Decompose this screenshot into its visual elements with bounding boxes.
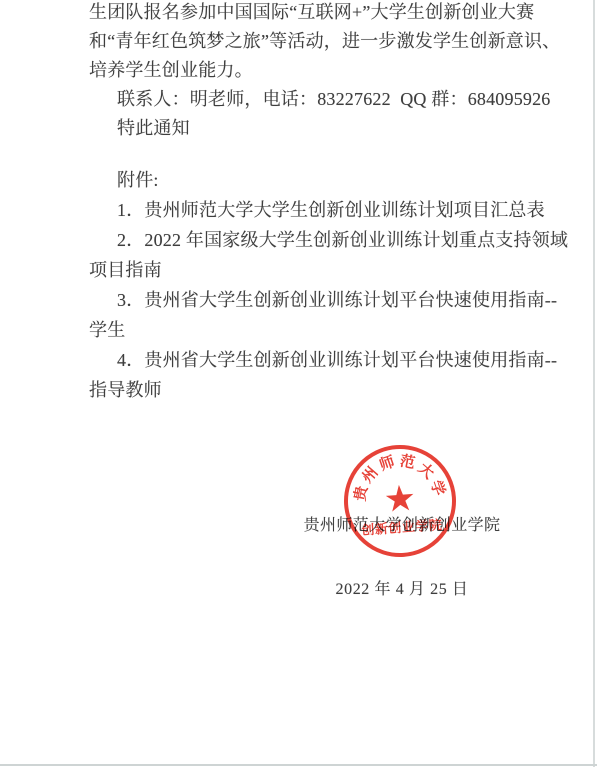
attachment-line-wrap: 指导教师: [89, 379, 162, 401]
page-edge-bottom: [0, 764, 597, 766]
paragraph-line: 和“青年红色筑梦之旅”等活动，进一步激发学生创新意识、: [89, 30, 560, 52]
official-seal: 贵 州 师 范 大 学 ★ 创新创业学院: [340, 441, 460, 561]
attachments-label: 附件:: [117, 169, 159, 191]
closing-line: 特此通知: [117, 117, 190, 139]
attachment-line-wrap: 学生: [89, 319, 125, 341]
attachment-line: 2．2022 年国家级大学生创新创业训练计划重点支持领域: [117, 229, 568, 251]
scanned-notice-page: 生团队报名参加中国国际“互联网+”大学生创新创业大赛 和“青年红色筑梦之旅”等活…: [0, 0, 597, 767]
page-edge-right: [593, 0, 595, 767]
contact-line: 联系人：明老师，电话：83227622 QQ 群：684095926: [117, 88, 551, 110]
paragraph-line: 生团队报名参加中国国际“互联网+”大学生创新创业大赛: [89, 1, 534, 23]
signature-date: 2022 年 4 月 25 日: [304, 580, 501, 599]
star-icon: ★: [347, 477, 453, 520]
paragraph-line: 培养学生创业能力。: [89, 59, 253, 81]
attachment-line: 1．贵州师范大学大学生创新创业训练计划项目汇总表: [117, 199, 545, 221]
attachment-line: 4．贵州省大学生创新创业训练计划平台快速使用指南--: [117, 349, 557, 371]
attachment-line: 3．贵州省大学生创新创业训练计划平台快速使用指南--: [117, 289, 557, 311]
attachment-line-wrap: 项目指南: [89, 259, 162, 281]
